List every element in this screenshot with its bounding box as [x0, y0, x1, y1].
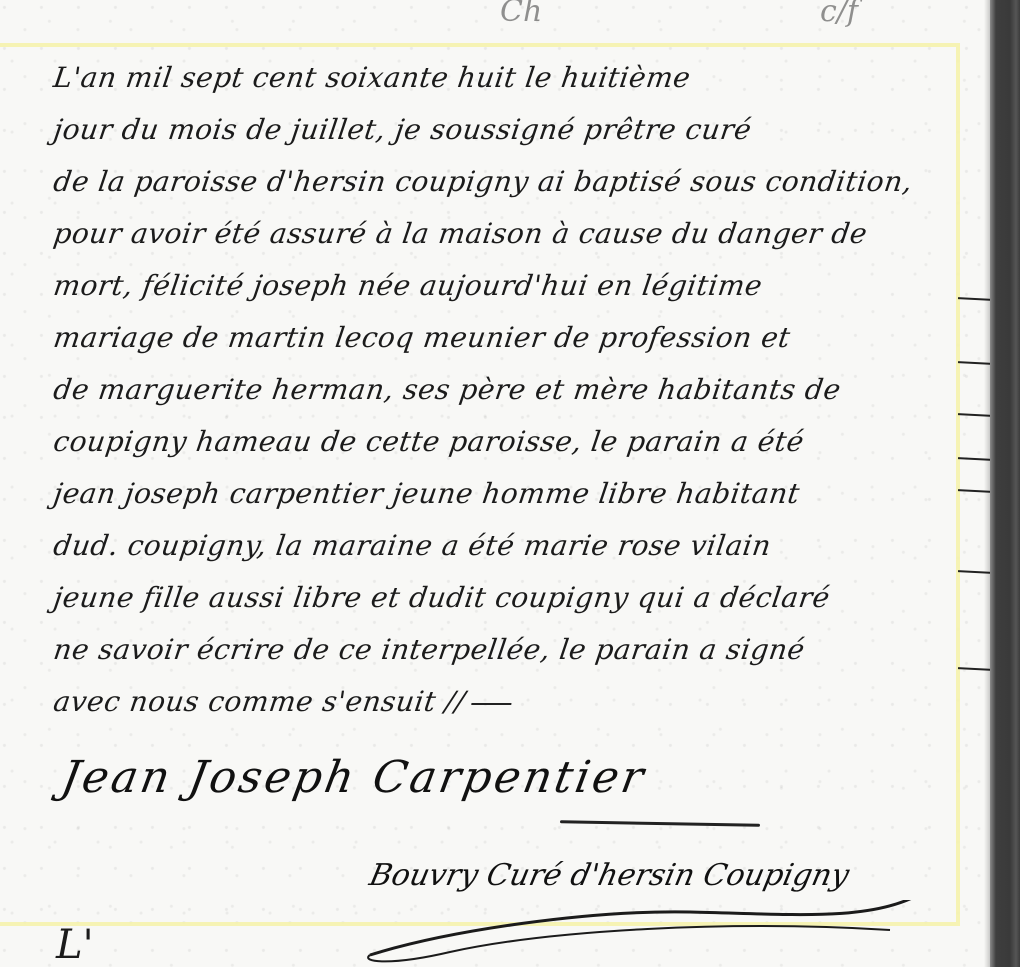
- godfather-signature: Jean Joseph Carpentier: [58, 752, 651, 803]
- entry-line: L'an mil sept cent soixante huit le huit…: [50, 52, 967, 104]
- entry-line: de la paroisse d'hersin coupigny ai bapt…: [50, 156, 967, 208]
- next-entry-fragment: L': [56, 922, 94, 967]
- entry-line: coupigny hameau de cette paroisse, le pa…: [50, 416, 967, 468]
- register-entry-body: L'an mil sept cent soixante huit le huit…: [50, 52, 960, 728]
- signature-underline: [560, 820, 760, 826]
- signature-flourish-icon: [330, 900, 930, 967]
- entry-line: jean joseph carpentier jeune homme libre…: [50, 468, 967, 520]
- entry-line: dud. coupigny, la maraine a été marie ro…: [50, 520, 967, 572]
- top-fragment-right: c/f: [820, 0, 858, 29]
- line-end-filler: [471, 703, 511, 705]
- priest-signature: Bouvry Curé d'hersin Coupigny: [366, 858, 852, 893]
- entry-line: jour du mois de juillet, je soussigné pr…: [50, 104, 967, 156]
- entry-line: jeune fille aussi libre et dudit coupign…: [50, 572, 967, 624]
- scanned-register-page: Ch c/f L'an mil sept cent soixante huit …: [0, 0, 1020, 967]
- entry-line: de marguerite herman, ses père et mère h…: [50, 364, 967, 416]
- book-binding-strip: [990, 0, 1020, 967]
- entry-line: mort, félicité joseph née aujourd'hui en…: [50, 260, 967, 312]
- entry-line: pour avoir été assuré à la maison à caus…: [50, 208, 967, 260]
- entry-line: ne savoir écrire de ce interpellée, le p…: [50, 624, 967, 676]
- entry-line: avec nous comme s'ensuit //: [50, 676, 967, 728]
- entry-line: mariage de martin lecoq meunier de profe…: [50, 312, 967, 364]
- top-fragment-left: Ch: [500, 0, 542, 29]
